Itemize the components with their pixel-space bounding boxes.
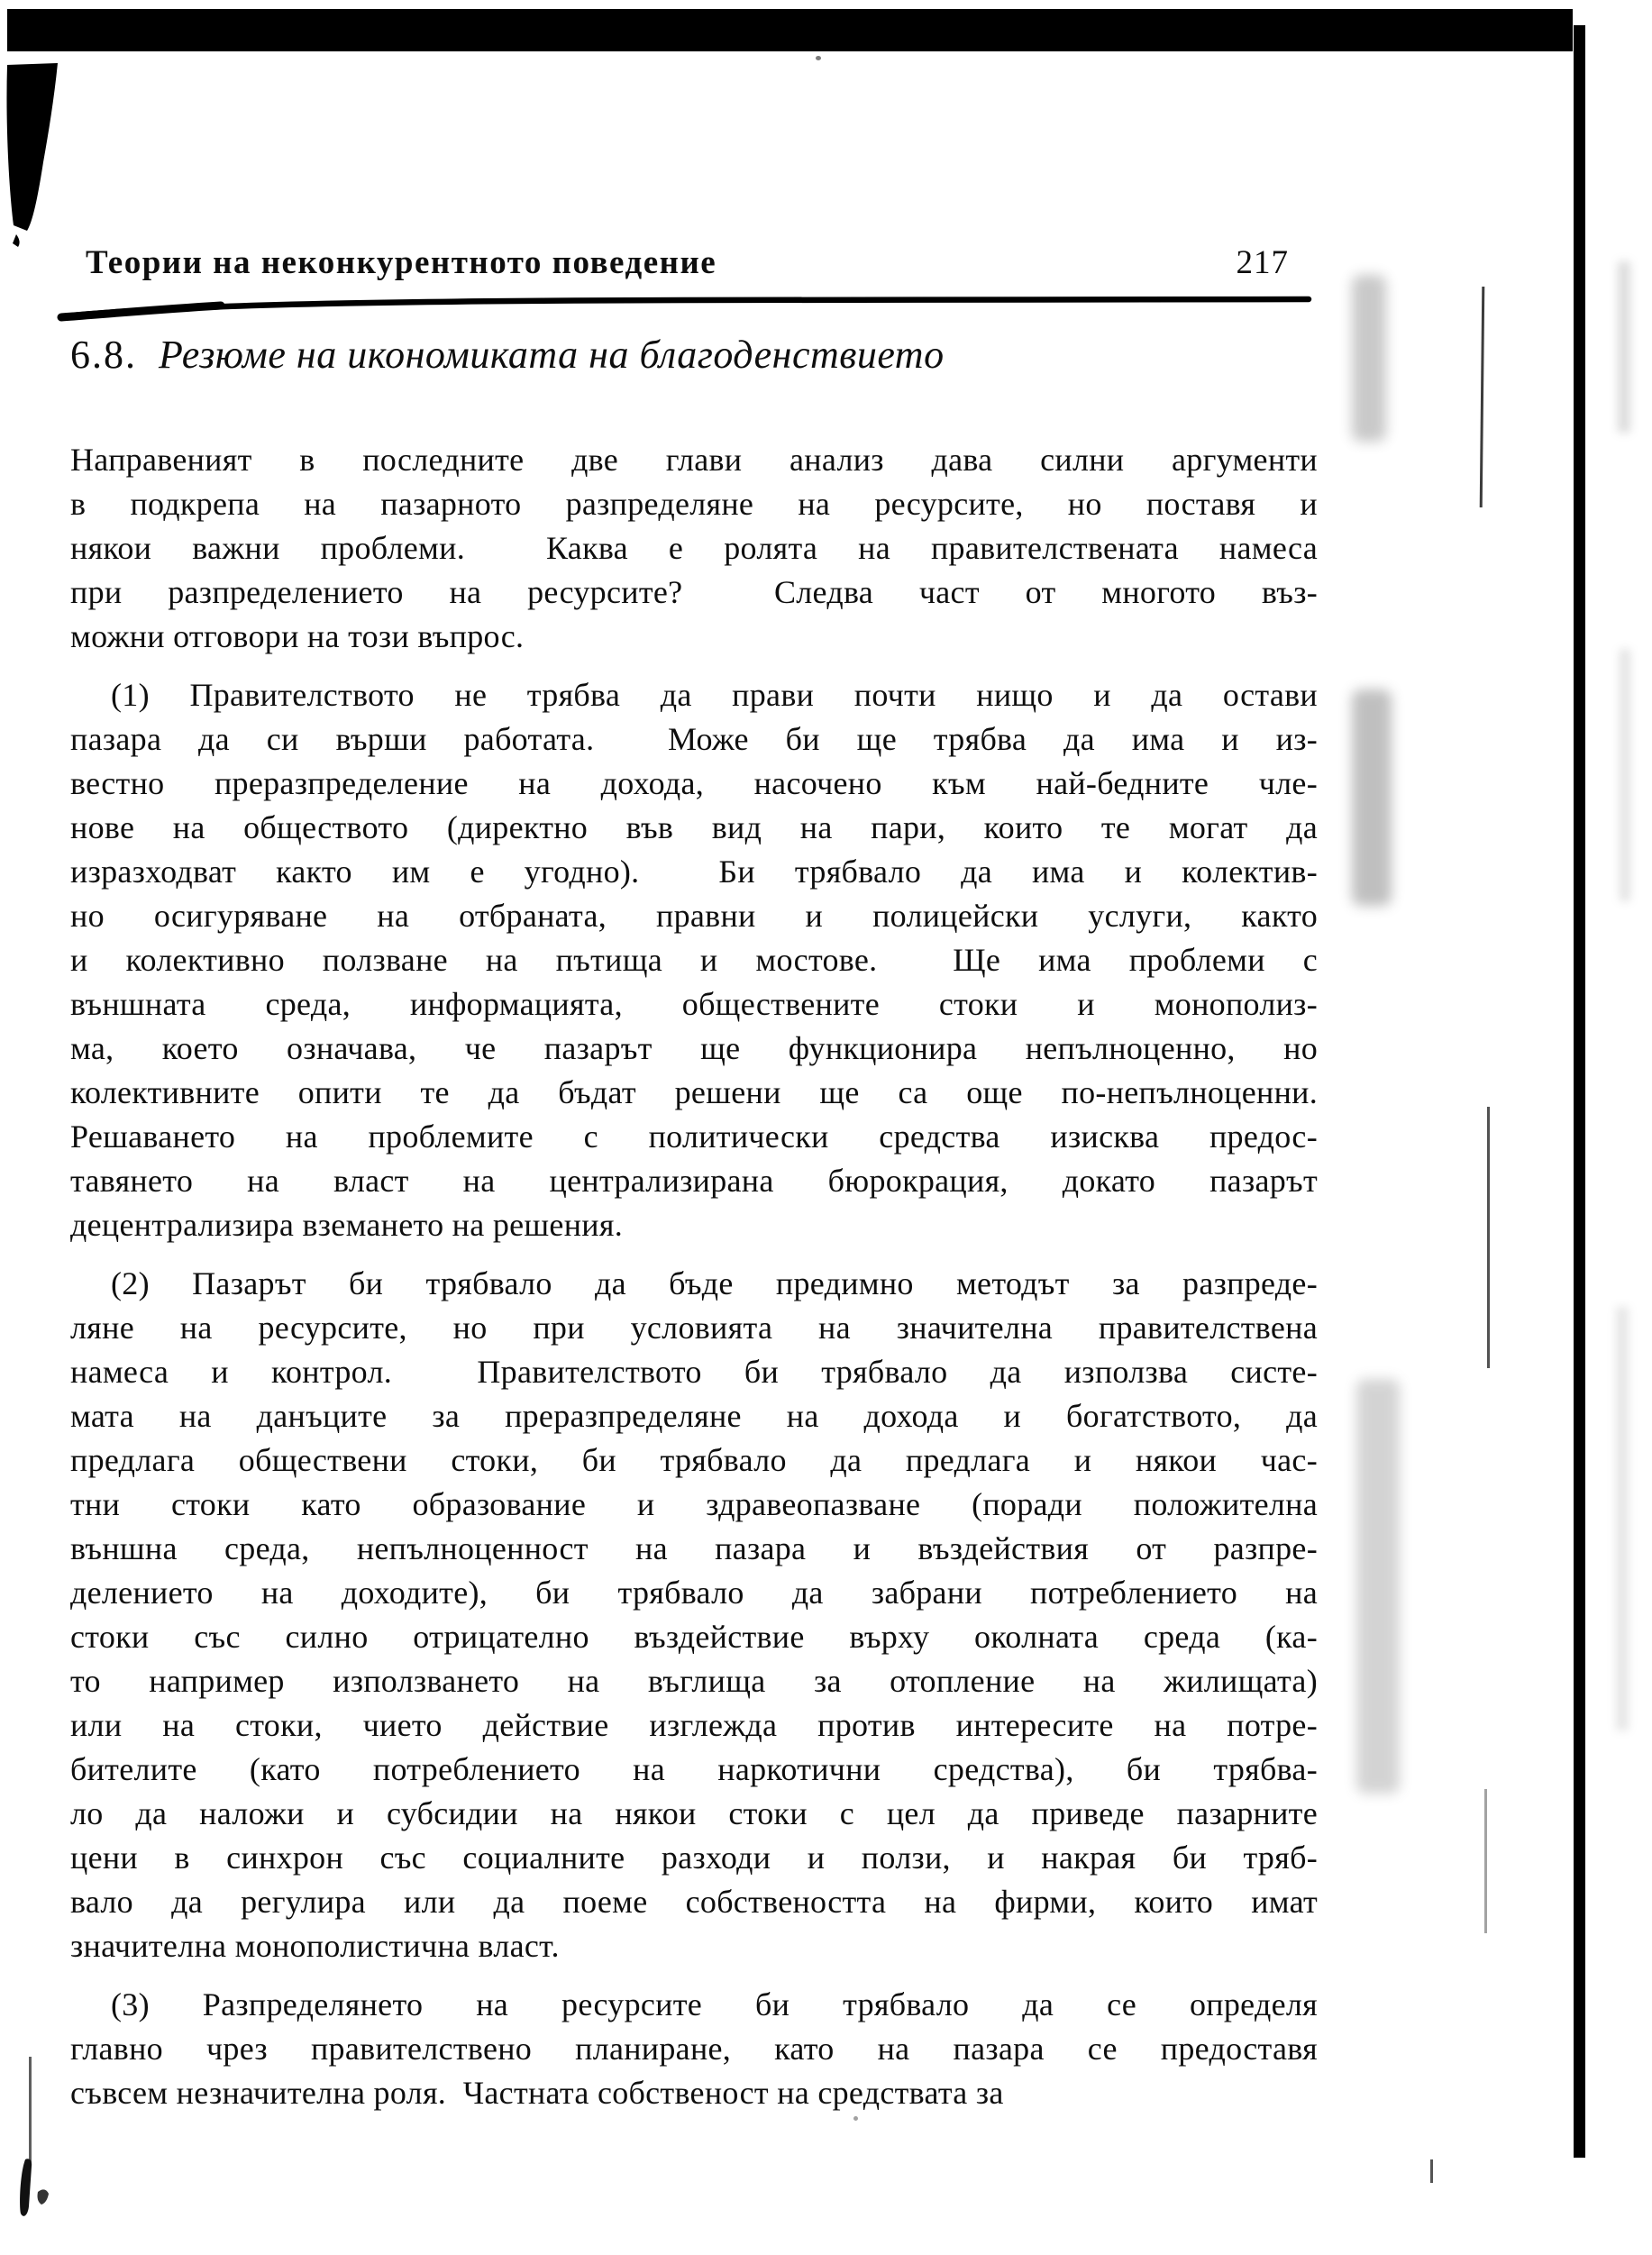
scan-artifact-corner-blob bbox=[2, 56, 87, 250]
scan-artifact-page-edge-line bbox=[1574, 25, 1585, 2158]
text-line: вестно преразпределение на дохода, насоч… bbox=[70, 762, 1318, 806]
text-line: децентрализира вземането на решения. bbox=[70, 1203, 1318, 1247]
text-line: външна среда, непълноценност на пазара и… bbox=[70, 1527, 1318, 1571]
text-line: Решаването на проблемите с политически с… bbox=[70, 1115, 1318, 1159]
scan-artifact-hairline bbox=[29, 2057, 32, 2163]
section-heading: 6.8.Резюме на икономиката на благоденств… bbox=[70, 332, 945, 378]
paragraph: (2) Пазарът би трябвало да бъде предимно… bbox=[70, 1262, 1318, 1968]
text-line: колективните опити те да бъдат решени ще… bbox=[70, 1071, 1318, 1115]
text-line: намеса и контрол. Правителството би тряб… bbox=[70, 1350, 1318, 1394]
text-line: някои важни проблеми. Каква е ролята на … bbox=[70, 526, 1318, 571]
section-title: Резюме на икономиката на благоденствието bbox=[159, 333, 945, 377]
section-number: 6.8. bbox=[70, 333, 137, 377]
page-number: 217 bbox=[1237, 243, 1290, 282]
text-line: стоки със силно отрицателно въздействие … bbox=[70, 1615, 1318, 1659]
text-line: изразходват както им е угодно). Би трябв… bbox=[70, 850, 1318, 894]
text-line: външната среда, информацията, обществени… bbox=[70, 982, 1318, 1027]
scan-artifact-streak bbox=[1616, 1307, 1629, 1730]
scan-artifact-streak bbox=[1618, 261, 1630, 433]
text-line: или на стоки, чието действие изглежда пр… bbox=[70, 1703, 1318, 1748]
text-line: то например използването на въглища за о… bbox=[70, 1659, 1318, 1703]
running-header-title: Теории на неконкурентното поведение bbox=[86, 244, 716, 281]
text-line: в подкрепа на пазарното разпределяне на … bbox=[70, 482, 1318, 526]
text-line: нове на обществото (директно във вид на … bbox=[70, 806, 1318, 850]
scan-artifact-top-bar bbox=[7, 9, 1573, 51]
header-rule bbox=[54, 288, 1316, 324]
text-line: значителна монополистична власт. bbox=[70, 1924, 1318, 1968]
text-line: можни отговори на този въпрос. bbox=[70, 615, 1318, 659]
text-line: ло да наложи и субсидии на някои стоки с… bbox=[70, 1792, 1318, 1836]
scan-artifact-hairline bbox=[1487, 1107, 1490, 1368]
text-line: пазара да си върши работата. Може би ще … bbox=[70, 717, 1318, 762]
scan-artifact-speck bbox=[816, 56, 821, 60]
text-line: тавянето на власт на централизирана бюро… bbox=[70, 1159, 1318, 1203]
paragraph: (1) Правителството не трябва да прави по… bbox=[70, 673, 1318, 1247]
text-line: Направеният в последните две глави анали… bbox=[70, 438, 1318, 482]
scan-artifact-tick bbox=[1430, 2159, 1433, 2183]
scan-artifact-hairline bbox=[1480, 287, 1485, 507]
scan-artifact-smudge bbox=[1356, 1379, 1400, 1794]
text-line: и колективно ползване на пътища и мостов… bbox=[70, 938, 1318, 982]
running-header: Теории на неконкурентното поведение 217 bbox=[86, 243, 1311, 282]
text-line: главно чрез правителствено планиране, ка… bbox=[70, 2027, 1318, 2071]
text-line: тни стоки като образование и здравеопазв… bbox=[70, 1483, 1318, 1527]
paragraph: Направеният в последните две глави анали… bbox=[70, 438, 1318, 659]
text-line: но осигуряване на отбраната, правни и по… bbox=[70, 894, 1318, 938]
text-line: мата на данъците за преразпределяне на д… bbox=[70, 1394, 1318, 1438]
text-line: (1) Правителството не трябва да прави по… bbox=[70, 673, 1318, 717]
body-text: Направеният в последните две глави анали… bbox=[70, 438, 1318, 2130]
scan-artifact-smudge bbox=[1352, 689, 1392, 906]
text-line: делението на доходите), би трябвало да з… bbox=[70, 1571, 1318, 1615]
text-line: при разпределението на ресурсите? Следва… bbox=[70, 571, 1318, 615]
scan-artifact-hairline bbox=[1484, 1789, 1487, 1933]
text-line: цени в синхрон със социалните разходи и … bbox=[70, 1836, 1318, 1880]
scan-artifact-bottom-left-mark bbox=[16, 2156, 57, 2226]
scanned-book-page: Теории на неконкурентното поведение 217 … bbox=[0, 0, 1652, 2255]
scan-artifact-smudge bbox=[1352, 275, 1386, 442]
text-line: ляне на ресурсите, но при условията на з… bbox=[70, 1306, 1318, 1350]
text-line: вало да регулира или да поеме собственос… bbox=[70, 1880, 1318, 1924]
text-line: (2) Пазарът би трябвало да бъде предимно… bbox=[70, 1262, 1318, 1306]
text-line: ма, което означава, че пазарът ще функци… bbox=[70, 1027, 1318, 1071]
text-line: предлага обществени стоки, би трябвало д… bbox=[70, 1438, 1318, 1483]
text-line: съвсем незначителна роля. Частната собст… bbox=[70, 2071, 1318, 2115]
paragraph: (3) Разпределянето на ресурсите би трябв… bbox=[70, 1983, 1318, 2115]
scan-artifact-streak bbox=[1620, 649, 1630, 901]
text-line: бителите (като потреблението на наркотич… bbox=[70, 1748, 1318, 1792]
text-line: (3) Разпределянето на ресурсите би трябв… bbox=[70, 1983, 1318, 2027]
